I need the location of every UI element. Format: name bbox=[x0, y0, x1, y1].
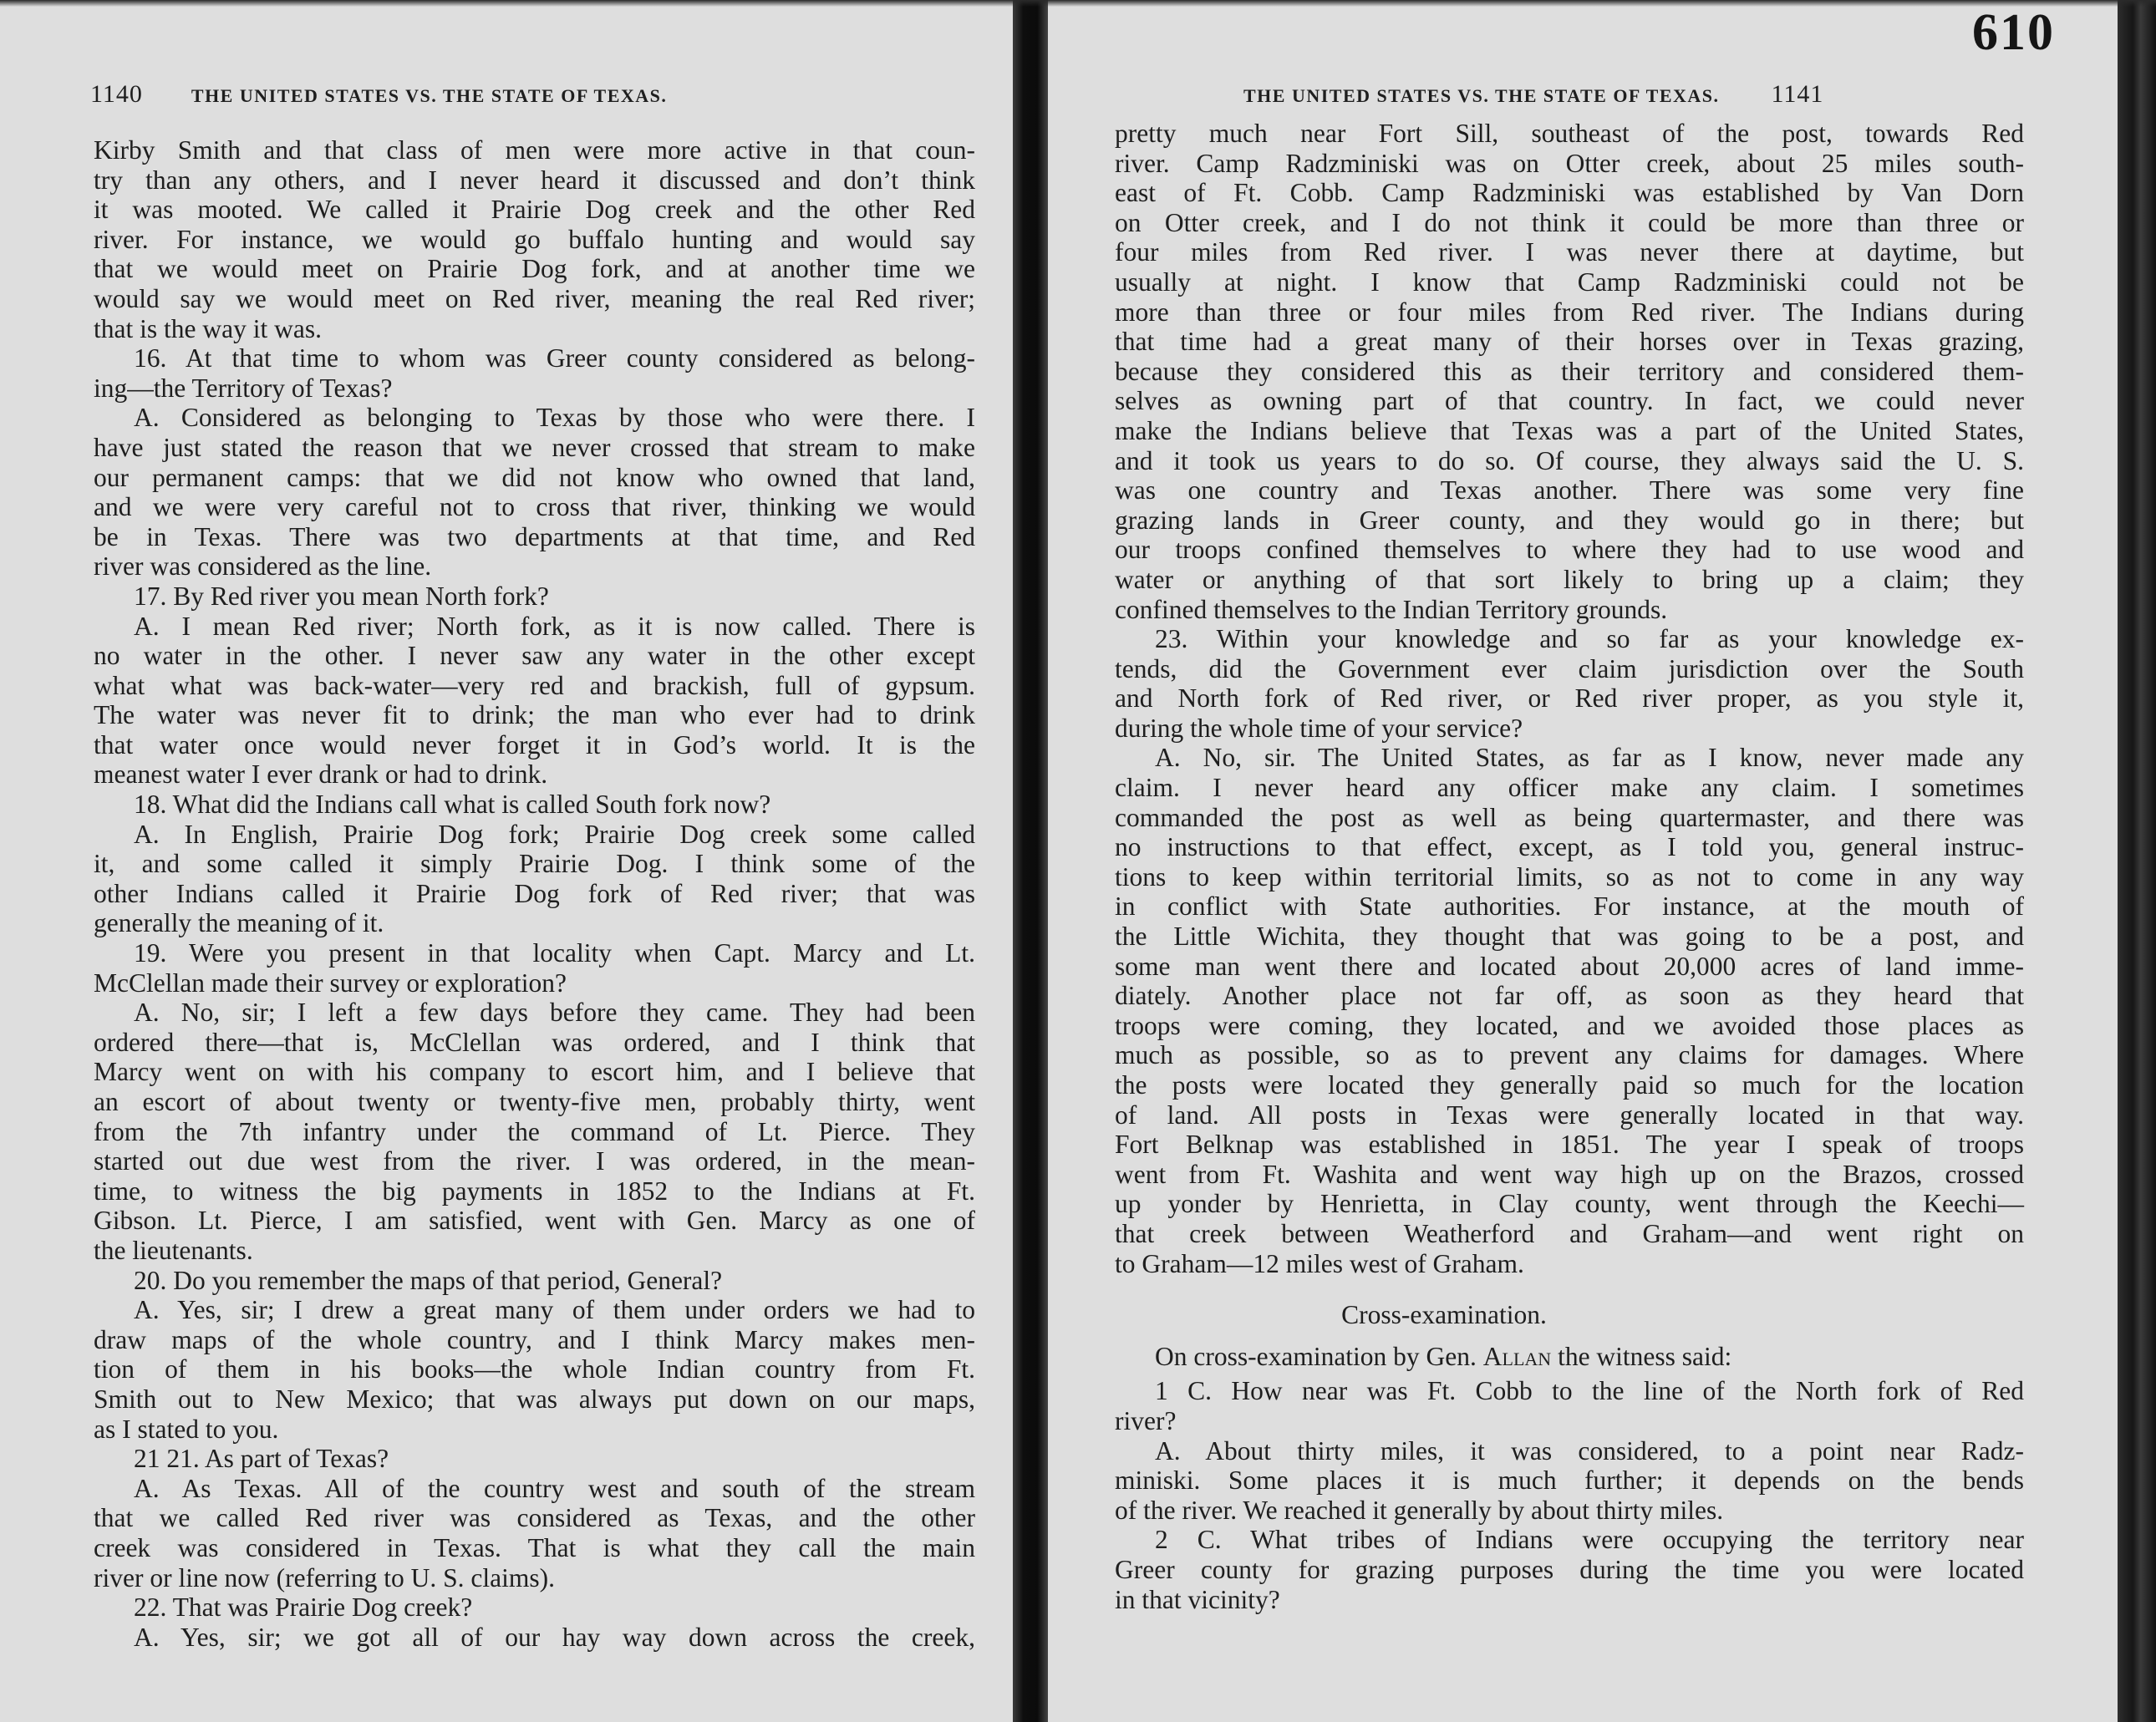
text-line: river? bbox=[1115, 1406, 2024, 1436]
book-edge bbox=[2118, 0, 2156, 1722]
left-page-number: 1140 bbox=[90, 80, 143, 109]
text-line: 23. Within your knowledge and so far as … bbox=[1115, 624, 2024, 654]
text-line: it was mooted. We called it Prairie Dog … bbox=[94, 195, 975, 225]
text-line: 16. At that time to whom was Greer count… bbox=[94, 343, 975, 373]
text-line: A. No, sir. The United States, as far as… bbox=[1115, 743, 2024, 773]
text-line: generally the meaning of it. bbox=[94, 908, 975, 938]
text-line: A. Yes, sir; we got all of our hay way d… bbox=[94, 1623, 975, 1653]
book-gutter bbox=[1013, 0, 1048, 1722]
text-line: went from Ft. Washita and went way high … bbox=[1115, 1160, 2024, 1190]
text-line: river. Camp Radzminiski was on Otter cre… bbox=[1115, 149, 2024, 179]
right-running-title: THE UNITED STATES VS. THE STATE OF TEXAS… bbox=[1243, 85, 1720, 107]
text-line: east of Ft. Cobb. Camp Radzminiski was e… bbox=[1115, 178, 2024, 208]
text-line: the Little Wichita, they thought that wa… bbox=[1115, 922, 2024, 952]
text-line: 2 C. What tribes of Indians were occupyi… bbox=[1115, 1525, 2024, 1555]
text-line: that time had a great many of their hors… bbox=[1115, 327, 2024, 357]
text-line: 22. That was Prairie Dog creek? bbox=[94, 1592, 975, 1623]
section-heading: Cross-examination. bbox=[1115, 1300, 2024, 1330]
text-line: commanded the post as well as being quar… bbox=[1115, 803, 2024, 833]
text-line: claim. I never heard any officer make an… bbox=[1115, 773, 2024, 803]
text-line: the posts were located they generally pa… bbox=[1115, 1070, 2024, 1100]
text-line: during the whole time of your service? bbox=[1115, 714, 2024, 744]
text-line: McClellan made their survey or explorati… bbox=[94, 968, 975, 998]
text-line: be in Texas. There was two departments a… bbox=[94, 522, 975, 552]
top-shadow bbox=[0, 0, 2156, 7]
text-line: A. As Texas. All of the country west and… bbox=[94, 1474, 975, 1504]
text-line: Kirby Smith and that class of men were m… bbox=[94, 135, 975, 165]
text-line: in that vicinity? bbox=[1115, 1585, 2024, 1615]
text-line: confined themselves to the Indian Territ… bbox=[1115, 595, 2024, 625]
left-running-head: 1140 THE UNITED STATES VS. THE STATE OF … bbox=[90, 80, 667, 109]
text-line: our permanent camps: that we did not kno… bbox=[94, 463, 975, 493]
text-line: draw maps of the whole country, and I th… bbox=[94, 1325, 975, 1355]
text-line: diately. Another place not far off, as s… bbox=[1115, 981, 2024, 1011]
text-line: A. No, sir; I left a few days before the… bbox=[94, 998, 975, 1028]
text-line: river was considered as the line. bbox=[94, 551, 975, 582]
text-line: tion of them in his books—the whole Indi… bbox=[94, 1354, 975, 1384]
text-line: Greer county for grazing purposes during… bbox=[1115, 1555, 2024, 1585]
text-line: as I stated to you. bbox=[94, 1415, 975, 1445]
text-line: grazing lands in Greer county, and they … bbox=[1115, 505, 2024, 536]
text-line: that we would meet on Prairie Dog fork, … bbox=[94, 254, 975, 284]
text-line: some man went there and located about 20… bbox=[1115, 952, 2024, 982]
text-line: tends, did the Government ever claim jur… bbox=[1115, 654, 2024, 684]
text-line: no water in the other. I never saw any w… bbox=[94, 641, 975, 671]
text-line: have just stated the reason that we neve… bbox=[94, 433, 975, 463]
text-line: river. For instance, we would go buffalo… bbox=[94, 225, 975, 255]
text-line: tions to keep within territorial limits,… bbox=[1115, 862, 2024, 892]
text-line: in conflict with State authorities. For … bbox=[1115, 891, 2024, 922]
text-line: our troops confined themselves to where … bbox=[1115, 535, 2024, 565]
text-line: A. I mean Red river; North fork, as it i… bbox=[94, 612, 975, 642]
text-line: that water once would never forget it in… bbox=[94, 730, 975, 760]
text-line: because they considered this as their te… bbox=[1115, 357, 2024, 387]
text-line: 1 C. How near was Ft. Cobb to the line o… bbox=[1115, 1376, 2024, 1406]
text-line: usually at night. I know that Camp Radzm… bbox=[1115, 267, 2024, 297]
text-line: four miles from Red river. I was never t… bbox=[1115, 237, 2024, 267]
left-body-text: Kirby Smith and that class of men were m… bbox=[94, 135, 975, 1652]
text-line: Fort Belknap was established in 1851. Th… bbox=[1115, 1130, 2024, 1160]
text-line: Gibson. Lt. Pierce, I am satisfied, went… bbox=[94, 1206, 975, 1236]
text-line: would say we would meet on Red river, me… bbox=[94, 284, 975, 314]
text-line: make the Indians believe that Texas was … bbox=[1115, 416, 2024, 446]
text-line: started out due west from the river. I w… bbox=[94, 1146, 975, 1176]
text-line: from the 7th infantry under the command … bbox=[94, 1117, 975, 1147]
text-line: pretty much near Fort Sill, southeast of… bbox=[1115, 119, 2024, 149]
text-line: other Indians called it Prairie Dog fork… bbox=[94, 879, 975, 909]
right-page-number: 1141 bbox=[1772, 80, 1824, 109]
text-line: that creek between Weatherford and Graha… bbox=[1115, 1219, 2024, 1249]
text-line: selves as owning part of that country. I… bbox=[1115, 386, 2024, 416]
text-line: creek was considered in Texas. That is w… bbox=[94, 1533, 975, 1563]
text-line: more than three or four miles from Red r… bbox=[1115, 297, 2024, 328]
text-line: river or line now (referring to U. S. cl… bbox=[94, 1563, 975, 1593]
text-line: A. Considered as belonging to Texas by t… bbox=[94, 403, 975, 433]
text-line: water or anything of that sort likely to… bbox=[1115, 565, 2024, 595]
right-testimony: pretty much near Fort Sill, southeast of… bbox=[1115, 119, 2024, 1278]
text-line: up yonder by Henrietta, in Clay county, … bbox=[1115, 1189, 2024, 1219]
text-line: and North fork of Red river, or Red rive… bbox=[1115, 683, 2024, 714]
text-line: time, to witness the big payments in 185… bbox=[94, 1176, 975, 1206]
text-line: 18. What did the Indians call what is ca… bbox=[94, 790, 975, 820]
text-line: A. In English, Prairie Dog fork; Prairie… bbox=[94, 820, 975, 850]
right-running-head: THE UNITED STATES VS. THE STATE OF TEXAS… bbox=[1243, 80, 1823, 109]
text-line: Marcy went on with his company to escort… bbox=[94, 1057, 975, 1087]
right-body-text: pretty much near Fort Sill, southeast of… bbox=[1115, 119, 2024, 1614]
text-line: ordered there—that is, McClellan was ord… bbox=[94, 1028, 975, 1058]
book-spread: 610 1140 THE UNITED STATES VS. THE STATE… bbox=[0, 0, 2156, 1722]
text-line: 17. By Red river you mean North fork? bbox=[94, 582, 975, 612]
text-line: no instructions to that effect, except, … bbox=[1115, 832, 2024, 862]
text-line: 21 21. As part of Texas? bbox=[94, 1444, 975, 1474]
text-line: meanest water I ever drank or had to dri… bbox=[94, 759, 975, 790]
text-line: on Otter creek, and I do not think it co… bbox=[1115, 208, 2024, 238]
text-line: to Graham—12 miles west of Graham. bbox=[1115, 1249, 2024, 1279]
text-line: 19. Were you present in that locality wh… bbox=[94, 938, 975, 968]
text-line: an escort of about twenty or twenty-five… bbox=[94, 1087, 975, 1117]
text-line: the lieutenants. bbox=[94, 1236, 975, 1266]
text-line: A. About thirty miles, it was considered… bbox=[1115, 1436, 2024, 1466]
text-line: that is the way it was. bbox=[94, 314, 975, 344]
text-line: 20. Do you remember the maps of that per… bbox=[94, 1266, 975, 1296]
text-line: ing—the Territory of Texas? bbox=[94, 373, 975, 404]
cross-intro: On cross-examination by Gen. Allan the w… bbox=[1115, 1342, 2024, 1372]
text-line: was one country and Texas another. There… bbox=[1115, 475, 2024, 505]
stamp-number: 610 bbox=[1972, 3, 2055, 63]
text-line: and it took us years to do so. Of course… bbox=[1115, 446, 2024, 476]
text-line: A. Yes, sir; I drew a great many of them… bbox=[94, 1295, 975, 1325]
cross-examination-text: 1 C. How near was Ft. Cobb to the line o… bbox=[1115, 1376, 2024, 1614]
text-line: troops were coming, they located, and we… bbox=[1115, 1011, 2024, 1041]
text-line: and we were very careful not to cross th… bbox=[94, 492, 975, 522]
text-line: what what was back-water—very red and br… bbox=[94, 671, 975, 701]
left-running-title: THE UNITED STATES VS. THE STATE OF TEXAS… bbox=[191, 85, 668, 107]
text-line: miniski. Some places it is much further;… bbox=[1115, 1465, 2024, 1496]
examiner-name: Allan bbox=[1483, 1342, 1551, 1371]
text-line: Smith out to New Mexico; that was always… bbox=[94, 1384, 975, 1415]
text-line: try than any others, and I never heard i… bbox=[94, 165, 975, 196]
text-line: of the river. We reached it generally by… bbox=[1115, 1496, 2024, 1526]
text-line: that we called Red river was considered … bbox=[94, 1503, 975, 1533]
text-line: of land. All posts in Texas were general… bbox=[1115, 1100, 2024, 1130]
text-line: it, and some called it simply Prairie Do… bbox=[94, 849, 975, 879]
text-line: The water was never fit to drink; the ma… bbox=[94, 700, 975, 730]
text-line: much as possible, so as to prevent any c… bbox=[1115, 1040, 2024, 1070]
